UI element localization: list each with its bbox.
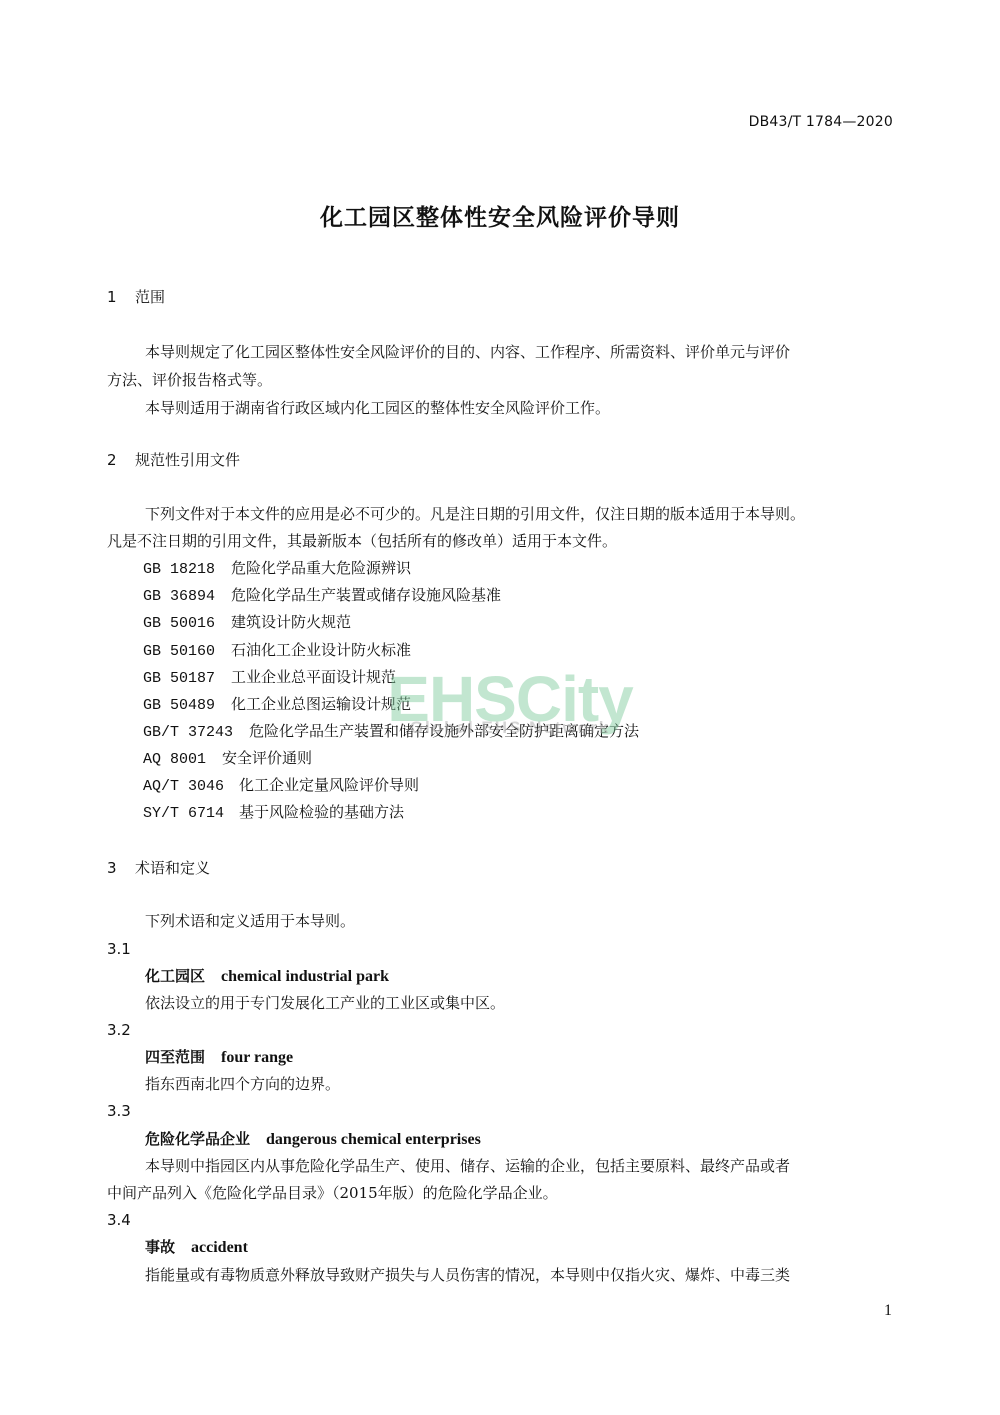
reference-code: GB 50489 [143, 696, 231, 716]
reference-code: AQ 8001 [143, 750, 222, 770]
reference-name: 工业企业总平面设计规范 [231, 668, 396, 686]
term-definition: 中间产品列入《危险化学品目录》（2015年版）的危险化学品企业。 [107, 1183, 558, 1203]
section-title: 范围 [135, 288, 165, 306]
reference-name: 安全评价通则 [222, 749, 312, 767]
reference-code: GB 50016 [143, 614, 231, 634]
reference-name: 建筑设计防火规范 [231, 613, 351, 631]
reference-code: GB 18218 [143, 560, 231, 580]
reference-item: GB/T 37243危险化学品生产装置和储存设施外部安全防护距离确定方法 [143, 721, 639, 743]
paragraph: 下列文件对于本文件的应用是必不可少的。凡是注日期的引用文件，仅注日期的版本适用于… [145, 504, 805, 524]
paragraph: 本导则适用于湖南省行政区域内化工园区的整体性安全风险评价工作。 [145, 398, 610, 418]
standard-code: DB43/T 1784—2020 [749, 114, 893, 130]
section-number: 3 [107, 858, 135, 878]
reference-name: 危险化学品生产装置和储存设施外部安全防护距离确定方法 [249, 722, 639, 740]
reference-item: GB 50187工业企业总平面设计规范 [143, 667, 396, 689]
term-en: four range [221, 1049, 293, 1066]
term-definition: 指能量或有毒物质意外释放导致财产损失与人员伤害的情况，本导则中仅指火灾、爆炸、中… [145, 1265, 790, 1285]
reference-item: GB 50016建筑设计防火规范 [143, 612, 351, 634]
reference-name: 危险化学品生产装置或储存设施风险基准 [231, 586, 501, 604]
reference-name: 石油化工企业设计防火标准 [231, 641, 411, 659]
term-en: chemical industrial park [221, 968, 389, 985]
term-zh: 事故 [145, 1238, 175, 1256]
reference-item: GB 18218危险化学品重大危险源辨识 [143, 558, 411, 580]
term-number: 3.4 [107, 1210, 131, 1230]
reference-code: AQ/T 3046 [143, 777, 239, 797]
reference-code: GB/T 37243 [143, 723, 249, 743]
reference-item: AQ 8001安全评价通则 [143, 748, 312, 770]
section-number: 2 [107, 450, 135, 470]
term-definition: 指东西南北四个方向的边界。 [145, 1074, 340, 1094]
reference-name: 基于风险检验的基础方法 [239, 803, 404, 821]
term-definition: 本导则中指园区内从事危险化学品生产、使用、储存、运输的企业，包括主要原料、最终产… [145, 1156, 790, 1176]
reference-code: GB 50160 [143, 642, 231, 662]
document-page: DB43/T 1784—2020 化工园区整体性安全风险评价导则 1范围 本导则… [0, 0, 1000, 1415]
reference-name: 危险化学品重大危险源辨识 [231, 559, 411, 577]
term-heading: 化工园区chemical industrial park [145, 966, 389, 987]
term-zh: 化工园区 [145, 967, 205, 985]
reference-name: 化工企业定量风险评价导则 [239, 776, 419, 794]
term-number: 3.3 [107, 1101, 131, 1121]
page-number: 1 [884, 1302, 892, 1320]
paragraph: 方法、评价报告格式等。 [107, 370, 272, 390]
reference-item: GB 36894危险化学品生产装置或储存设施风险基准 [143, 585, 501, 607]
term-zh: 危险化学品企业 [145, 1130, 250, 1148]
term-number: 3.2 [107, 1020, 131, 1040]
reference-code: GB 50187 [143, 669, 231, 689]
section-3-heading: 3术语和定义 [107, 858, 210, 878]
term-heading: 危险化学品企业dangerous chemical enterprises [145, 1129, 481, 1150]
reference-name: 化工企业总图运输设计规范 [231, 695, 411, 713]
section-1-heading: 1范围 [107, 287, 165, 307]
term-heading: 四至范围four range [145, 1047, 293, 1068]
reference-code: GB 36894 [143, 587, 231, 607]
term-en: dangerous chemical enterprises [266, 1131, 481, 1148]
section-title: 规范性引用文件 [135, 451, 240, 469]
reference-item: GB 50160石油化工企业设计防火标准 [143, 640, 411, 662]
reference-item: GB 50489化工企业总图运输设计规范 [143, 694, 411, 716]
section-title: 术语和定义 [135, 859, 210, 877]
reference-item: AQ/T 3046化工企业定量风险评价导则 [143, 775, 419, 797]
term-definition: 依法设立的用于专门发展化工产业的工业区或集中区。 [145, 993, 505, 1013]
term-en: accident [191, 1239, 248, 1256]
section-number: 1 [107, 287, 135, 307]
paragraph: 下列术语和定义适用于本导则。 [145, 911, 355, 931]
reference-item: SY/T 6714基于风险检验的基础方法 [143, 802, 404, 824]
term-number: 3.1 [107, 939, 131, 959]
paragraph: 本导则规定了化工园区整体性安全风险评价的目的、内容、工作程序、所需资料、评价单元… [145, 342, 790, 362]
paragraph: 凡是不注日期的引用文件，其最新版本（包括所有的修改单）适用于本文件。 [107, 531, 617, 551]
term-zh: 四至范围 [145, 1048, 205, 1066]
document-title: 化工园区整体性安全风险评价导则 [0, 199, 1000, 232]
section-2-heading: 2规范性引用文件 [107, 450, 240, 470]
reference-code: SY/T 6714 [143, 804, 239, 824]
term-heading: 事故accident [145, 1237, 248, 1258]
